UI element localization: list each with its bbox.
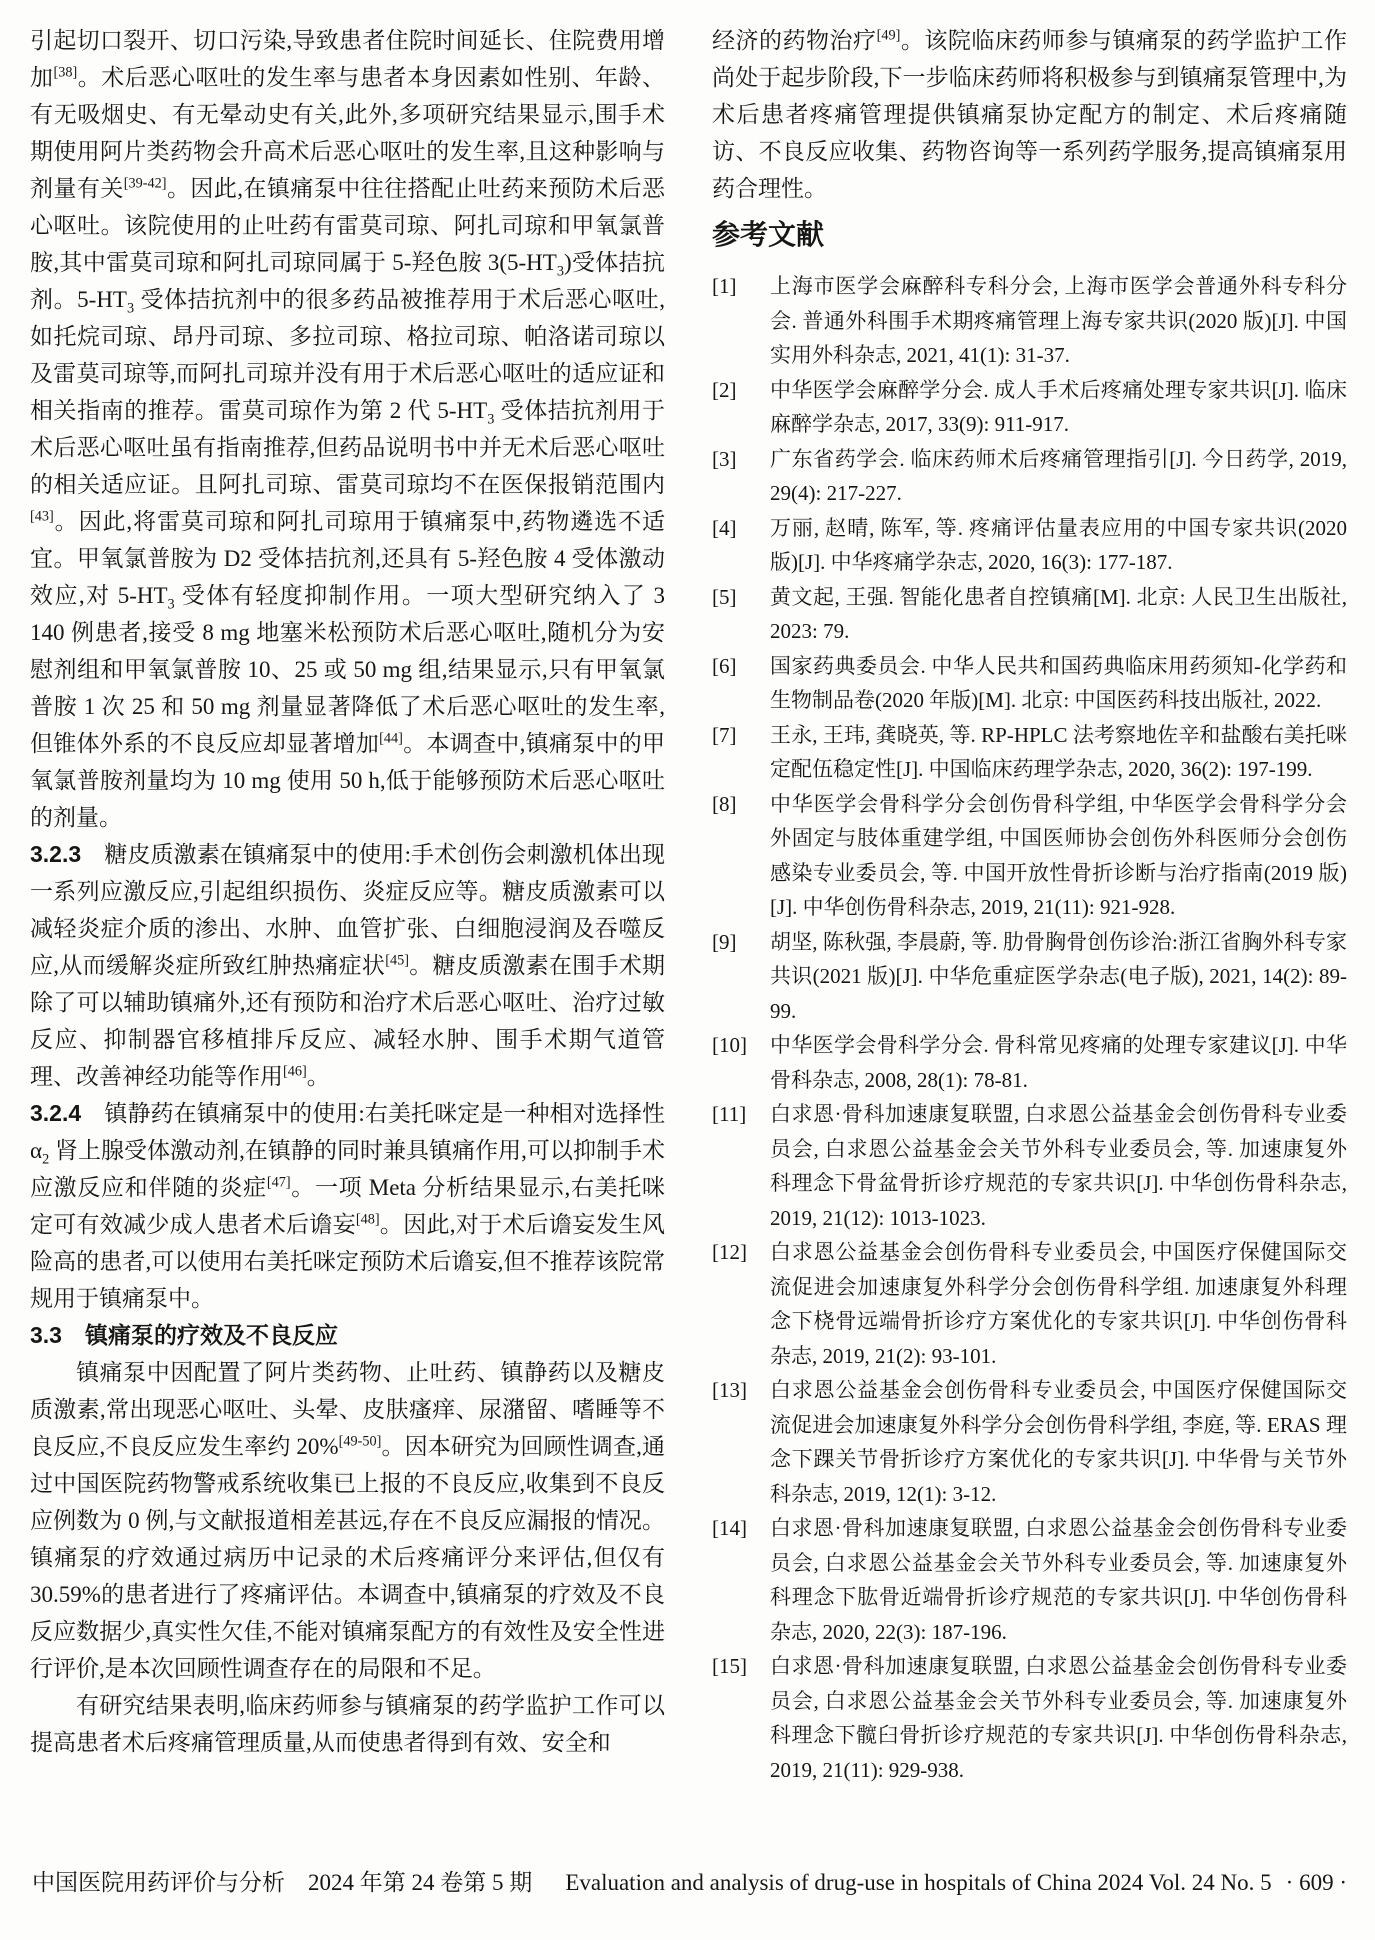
reference-number: [11]	[712, 1097, 766, 1132]
right-column-body: 经济的药物治疗[49]。该院临床药师参与镇痛泵的药学监护工作尚处于起步阶段,下一…	[712, 22, 1347, 207]
reference-item: [5]黄文起, 王强. 智能化患者自控镇痛[M]. 北京: 人民卫生出版社, 2…	[712, 580, 1347, 649]
reference-item: [2]中华医学会麻醉学分会. 成人手术后疼痛处理专家共识[J]. 临床麻醉学杂志…	[712, 373, 1347, 442]
reference-number: [14]	[712, 1511, 766, 1546]
reference-number: [15]	[712, 1649, 766, 1684]
reference-text: 白求恩·骨科加速康复联盟, 白求恩公益基金会创伤骨科专业委员会, 白求恩公益基金…	[770, 1516, 1347, 1644]
reference-item: [1]上海市医学会麻醉科专科分会, 上海市医学会普通外科专科分会. 普通外科围手…	[712, 269, 1347, 373]
reference-text: 中华医学会麻醉学分会. 成人手术后疼痛处理专家共识[J]. 临床麻醉学杂志, 2…	[770, 378, 1347, 437]
journal-page: 引起切口裂开、切口污染,导致患者住院时间延长、住院费用增加[38]。术后恶心呕吐…	[0, 0, 1375, 1940]
text-run: 。因本研究为回顾性调查,通过中国医院药物警戒系统收集已上报的不良反应,收集到不良…	[30, 1434, 665, 1681]
reference-item: [3]广东省药学会. 临床药师术后疼痛管理指引[J]. 今日药学, 2019, …	[712, 442, 1347, 511]
page-footer: 中国医院用药评价与分析 2024 年第 24 卷第 5 期 Evaluation…	[32, 1868, 1347, 1898]
reference-number: [13]	[712, 1373, 766, 1408]
reference-text: 黄文起, 王强. 智能化患者自控镇痛[M]. 北京: 人民卫生出版社, 2023…	[770, 585, 1347, 644]
two-column-layout: 引起切口裂开、切口污染,导致患者住院时间延长、住院费用增加[38]。术后恶心呕吐…	[30, 22, 1347, 1787]
reference-number: [5]	[712, 580, 766, 615]
paragraph: 引起切口裂开、切口污染,导致患者住院时间延长、住院费用增加[38]。术后恶心呕吐…	[30, 22, 665, 836]
citation-superscript: [43]	[30, 508, 54, 524]
citation-superscript: [39-42]	[124, 175, 167, 191]
reference-item: [12]白求恩公益基金会创伤骨科专业委员会, 中国医疗保健国际交流促进会加速康复…	[712, 1235, 1347, 1373]
citation-superscript: [48]	[356, 1211, 380, 1227]
footer-right: Evaluation and analysis of drug-use in h…	[565, 1868, 1347, 1898]
reference-number: [7]	[712, 718, 766, 753]
reference-text: 中华医学会骨科学分会. 骨科常见疼痛的处理专家建议[J]. 中华骨科杂志, 20…	[770, 1033, 1347, 1092]
reference-text: 广东省药学会. 临床药师术后疼痛管理指引[J]. 今日药学, 2019, 29(…	[770, 447, 1347, 506]
footer-journal-en: Evaluation and analysis of drug-use in h…	[565, 1870, 1271, 1895]
reference-text: 白求恩·骨科加速康复联盟, 白求恩公益基金会创伤骨科专业委员会, 白求恩公益基金…	[770, 1102, 1347, 1230]
paragraph: 镇痛泵中因配置了阿片类药物、止吐药、镇静药以及糖皮质激素,常出现恶心呕吐、头晕、…	[30, 1354, 665, 1687]
citation-superscript: [44]	[379, 730, 403, 746]
text-run: 。	[307, 1064, 330, 1089]
references-heading: 参考文献	[712, 213, 1347, 257]
right-column: 经济的药物治疗[49]。该院临床药师参与镇痛泵的药学监护工作尚处于起步阶段,下一…	[712, 22, 1347, 1787]
reference-text: 白求恩公益基金会创伤骨科专业委员会, 中国医疗保健国际交流促进会加速康复外科学分…	[770, 1378, 1347, 1506]
reference-text: 胡坚, 陈秋强, 李晨蔚, 等. 肋骨胸骨创伤诊治:浙江省胸外科专家共识(202…	[770, 930, 1347, 1023]
footer-journal-cn: 中国医院用药评价与分析 2024 年第 24 卷第 5 期	[32, 1868, 532, 1898]
reference-text: 白求恩公益基金会创伤骨科专业委员会, 中国医疗保健国际交流促进会加速康复外科学分…	[770, 1240, 1347, 1368]
text-run: 有研究结果表明,临床药师参与镇痛泵的药学监护工作可以提高患者术后疼痛管理质量,从…	[30, 1693, 665, 1755]
reference-number: [6]	[712, 649, 766, 684]
citation-superscript: [46]	[283, 1063, 307, 1079]
left-column: 引起切口裂开、切口污染,导致患者住院时间延长、住院费用增加[38]。术后恶心呕吐…	[30, 22, 665, 1787]
reference-number: [1]	[712, 269, 766, 304]
reference-item: [6]国家药典委员会. 中华人民共和国药典临床用药须知-化学药和生物制品卷(20…	[712, 649, 1347, 718]
reference-item: [13]白求恩公益基金会创伤骨科专业委员会, 中国医疗保健国际交流促进会加速康复…	[712, 1373, 1347, 1511]
reference-number: [12]	[712, 1235, 766, 1270]
section-number: 3.2.3	[30, 841, 81, 867]
paragraph: 经济的药物治疗[49]。该院临床药师参与镇痛泵的药学监护工作尚处于起步阶段,下一…	[712, 22, 1347, 207]
reference-number: [8]	[712, 787, 766, 822]
citation-superscript: [49-50]	[339, 1433, 382, 1449]
reference-text: 中华医学会骨科学分会创伤骨科学组, 中华医学会骨科学分会外固定与肢体重建学组, …	[770, 792, 1347, 920]
reference-text: 万丽, 赵晴, 陈军, 等. 疼痛评估量表应用的中国专家共识(2020 版)[J…	[770, 516, 1347, 575]
reference-item: [14]白求恩·骨科加速康复联盟, 白求恩公益基金会创伤骨科专业委员会, 白求恩…	[712, 1511, 1347, 1649]
reference-item: [9]胡坚, 陈秋强, 李晨蔚, 等. 肋骨胸骨创伤诊治:浙江省胸外科专家共识(…	[712, 925, 1347, 1029]
reference-item: [4]万丽, 赵晴, 陈军, 等. 疼痛评估量表应用的中国专家共识(2020 版…	[712, 511, 1347, 580]
reference-text: 白求恩·骨科加速康复联盟, 白求恩公益基金会创伤骨科专业委员会, 白求恩公益基金…	[770, 1654, 1347, 1782]
paragraph: 3.2.4 镇静药在镇痛泵中的使用:右美托咪定是一种相对选择性 α2 肾上腺受体…	[30, 1095, 665, 1317]
text-run: 经济的药物治疗	[712, 28, 877, 53]
citation-superscript: [38]	[54, 64, 78, 80]
subscript: 3	[557, 264, 564, 280]
section-heading: 3.3 镇痛泵的疗效及不良反应	[30, 1317, 665, 1354]
reference-item: [8]中华医学会骨科学分会创伤骨科学组, 中华医学会骨科学分会外固定与肢体重建学…	[712, 787, 1347, 925]
footer-page-number: · 609 ·	[1286, 1870, 1347, 1895]
citation-superscript: [45]	[385, 952, 409, 968]
reference-number: [4]	[712, 511, 766, 546]
reference-number: [3]	[712, 442, 766, 477]
subscript: 3	[168, 597, 175, 613]
reference-item: [10]中华医学会骨科学分会. 骨科常见疼痛的处理专家建议[J]. 中华骨科杂志…	[712, 1028, 1347, 1097]
reference-number: [10]	[712, 1028, 766, 1063]
reference-item: [11]白求恩·骨科加速康复联盟, 白求恩公益基金会创伤骨科专业委员会, 白求恩…	[712, 1097, 1347, 1235]
reference-item: [15]白求恩·骨科加速康复联盟, 白求恩公益基金会创伤骨科专业委员会, 白求恩…	[712, 1649, 1347, 1787]
reference-text: 上海市医学会麻醉科专科分会, 上海市医学会普通外科专科分会. 普通外科围手术期疼…	[770, 274, 1347, 367]
reference-number: [2]	[712, 373, 766, 408]
reference-text: 王永, 王玮, 龚晓英, 等. RP-HPLC 法考察地佐辛和盐酸右美托咪定配伍…	[770, 723, 1347, 782]
reference-item: [7]王永, 王玮, 龚晓英, 等. RP-HPLC 法考察地佐辛和盐酸右美托咪…	[712, 718, 1347, 787]
section-number: 3.2.4	[30, 1100, 81, 1126]
text-run: 3.3 镇痛泵的疗效及不良反应	[30, 1322, 338, 1348]
text-run: 。该院临床药师参与镇痛泵的药学监护工作尚处于起步阶段,下一步临床药师将积极参与到…	[712, 28, 1347, 201]
reference-text: 国家药典委员会. 中华人民共和国药典临床用药须知-化学药和生物制品卷(2020 …	[770, 654, 1347, 713]
references-list: [1]上海市医学会麻醉科专科分会, 上海市医学会普通外科专科分会. 普通外科围手…	[712, 269, 1347, 1787]
citation-superscript: [49]	[877, 27, 901, 43]
paragraph: 3.2.3 糖皮质激素在镇痛泵中的使用:手术创伤会刺激机体出现一系列应激反应,引…	[30, 836, 665, 1095]
citation-superscript: [47]	[267, 1174, 291, 1190]
reference-number: [9]	[712, 925, 766, 960]
paragraph: 有研究结果表明,临床药师参与镇痛泵的药学监护工作可以提高患者术后疼痛管理质量,从…	[30, 1687, 665, 1761]
